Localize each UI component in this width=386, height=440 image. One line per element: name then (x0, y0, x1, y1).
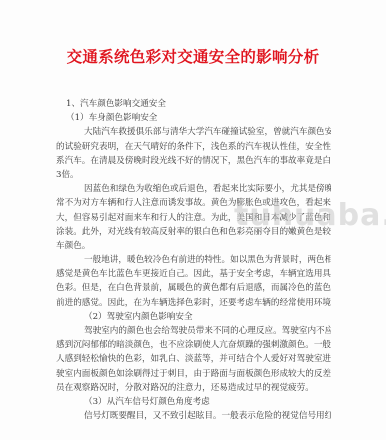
paragraph-line: 前进的感觉。因此，在为车辆选择色彩时，还要考虑车辆的经常使用环境。 (56, 296, 331, 310)
section-1-heading: （1）车身颜色影响安全 (56, 111, 331, 125)
paragraph-line: 一般地讲，暖色较冷色有前进的特性。如以黑色为背景时，两色相比，人们的 (56, 253, 331, 267)
paragraph-line: 的试验研究表明，在天气晴好的条件下，浅色系的汽车视认性佳，安全性能高于深色 (56, 140, 331, 154)
section-2-heading: （2）驾驶室内颜色影响安全 (56, 310, 331, 324)
paragraph-line: 涂装。此外，对光线有较高反射率的银白色和色彩亮丽夺目的嫩黄色是较安全的汽 (56, 225, 331, 239)
paragraph-line: 驾驶室内的颜色也会给驾驶员带来不同的心理反应。驾驶室内不应涂刷使人 (56, 324, 331, 338)
paragraph-line: 车颜色。 (56, 239, 331, 253)
paragraph-line: 驶室内面板颜色如涂刷得过于刺目，由于路面与面板颜色形成较大的反差，会使驾驶 (56, 367, 331, 381)
paragraph-line: 大，但容易引起对面来车和行人的注意。为此，美国和日本减少了蓝色和绿色车辆的 (56, 211, 331, 225)
paragraph-line: 大陆汽车救援俱乐部与清华大学汽车碰撞试验室，曾就汽车颜色安全性进行 (56, 125, 331, 139)
paragraph-line: 系汽车。在清晨及傍晚时段光线不好的情况下，黑色汽车的事故率竟是白色汽车的 (56, 154, 331, 168)
heading-1: 1、汽车颜色影响交通安全 (56, 97, 331, 111)
section-3-heading: （3）从汽车信号灯颜色角度考虑 (56, 395, 331, 409)
document-title: 交通系统色彩对交通安全的影响分析 (0, 46, 386, 68)
section-3-paragraph-1: 信号灯既要醒目，又不致引起眩目。一般表示危险的视觉信号用红色，如制动 (56, 409, 331, 423)
paragraph-line: 员在观察路况时，分散对路况的注意力，还易造成过早的视觉疲劳。 (56, 381, 331, 395)
section-2-paragraph-1: 驾驶室内的颜色也会给驾驶员带来不同的心理反应。驾驶室内不应涂刷使人 感到沉闷郁郁… (56, 324, 331, 395)
paragraph-line: 3倍。 (56, 168, 331, 182)
section-1-paragraph-3: 一般地讲，暖色较冷色有前进的特性。如以黑色为背景时，两色相比，人们的 感觉是黄色… (56, 253, 331, 310)
paragraph-line: 色彩。但是，在白色背景前，属暖色的黄色都有后退感，而属冷色的蓝色反而给人以 (56, 281, 331, 295)
paragraph-line: 感觉是黄色车比蓝色车更接近自己。因此，基于安全考虑，车辆宜选用具有前进性的 (56, 267, 331, 281)
paragraph-line: 因蓝色和绿色为收缩色或后退色，看起来比实际要小，尤其是傍晚和下雨天， (56, 182, 331, 196)
document-body: 1、汽车颜色影响交通安全 （1）车身颜色影响安全 大陆汽车救援俱乐部与清华大学汽… (56, 97, 331, 423)
paragraph-line: 信号灯既要醒目，又不致引起眩目。一般表示危险的视觉信号用红色，如制动 (56, 409, 331, 423)
section-1-paragraph-1: 大陆汽车救援俱乐部与清华大学汽车碰撞试验室，曾就汽车颜色安全性进行 的试验研究表… (56, 125, 331, 182)
paragraph-line: 人感到轻松愉快的色彩，如乳白、淡蓝等，并可结合个人爱好对驾驶室进行布置。驾 (56, 352, 331, 366)
paragraph-line: 感到沉闷郁郁的暗淡颜色，也不应涂刷使人亢奋烦躁的强刺激颜色。一般应涂刷使 (56, 338, 331, 352)
section-1-paragraph-2: 因蓝色和绿色为收缩色或后退色，看起来比实际要小，尤其是傍晚和下雨天， 常不为对方… (56, 182, 331, 253)
paragraph-line: 常不为对方车辆和行人注意而诱发事故。黄色为膨胀色或进攻色，看起来比实际要 (56, 196, 331, 210)
document-page: 交通系统色彩对交通安全的影响分析 1、汽车颜色影响交通安全 （1）车身颜色影响安… (0, 0, 386, 440)
